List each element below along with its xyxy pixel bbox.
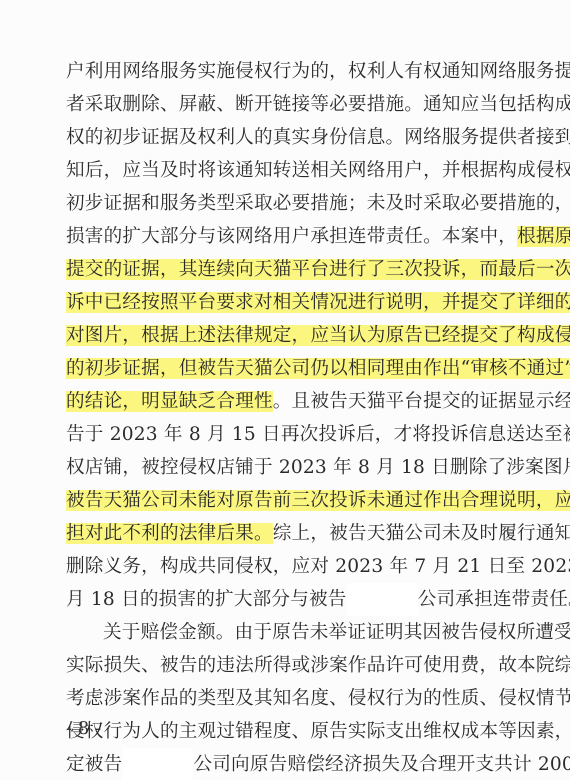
text-segment: 公司承担连带责任。 [418,589,570,610]
highlighted-text: 被告天猫公司未能对原告前三次投诉未通过作出合理说明，应承 [66,490,570,511]
text-line: 者采取删除、屏蔽、断开链接等必要措施。通知应当包括构成侵 [66,88,514,121]
text-line: 实际损失、被告的违法所得或涉案作品许可使用费，故本院综合 [66,649,514,682]
text-line: 提交的证据，其连续向天猫平台进行了三次投诉，而最后一次投 [66,253,514,286]
text-segment: 损害的扩大部分与该网络用户承担连带责任。本案中， [66,226,517,247]
page-number: - 8 - [66,718,101,739]
text-segment: 户利用网络服务实施侵权行为的，权利人有权通知网络服务提供 [66,61,570,82]
text-segment: 知后，应当及时将该通知转送相关网络用户，并根据构成侵权的 [66,160,570,181]
text-segment: 告于 2023 年 8 月 15 日再次投诉后，才将投诉信息送达至被控侵 [66,424,570,445]
document-page: 户利用网络服务实施侵权行为的，权利人有权通知网络服务提供者采取删除、屏蔽、断开链… [0,0,570,780]
text-segment: 侵权行为人的主观过错程度、原告实际支出维权成本等因素，酌 [66,721,570,742]
text-line: 对图片，根据上述法律规定，应当认为原告已经提交了构成侵权 [66,319,514,352]
text-line: 的初步证据，但被告天猫公司仍以相同理由作出“审核不通过” [66,352,514,385]
text-segment: 关于赔偿金额。由于原告未举证证明其因被告侵权所遭受的 [103,622,570,643]
highlighted-text: 担对此不利的法律后果。 [66,523,273,544]
text-line: 被告天猫公司未能对原告前三次投诉未通过作出合理说明，应承 [66,484,514,517]
text-line: 侵权行为人的主观过错程度、原告实际支出维权成本等因素，酌 [66,715,514,748]
text-segment: 权的初步证据及权利人的真实身份信息。网络服务提供者接到通 [66,127,570,148]
text-segment: 初步证据和服务类型采取必要措施；未及时采取必要措施的，对 [66,193,570,214]
redacted-name: □□□□ [347,583,418,616]
text-segment: 删除义务，构成共同侵权，应对 2023 年 7 月 21 日至 2023 年 8 [66,556,570,577]
text-line: 考虑涉案作品的类型及其知名度、侵权行为的性质、侵权情节、 [66,682,514,715]
text-line: 权店铺，被控侵权店铺于 2023 年 8 月 18 日删除了涉案图片。因 [66,451,514,484]
text-line: 初步证据和服务类型采取必要措施；未及时采取必要措施的，对 [66,187,514,220]
text-line: 权的初步证据及权利人的真实身份信息。网络服务提供者接到通 [66,121,514,154]
text-line: 月 18 日的损害的扩大部分与被告□□□□公司承担连带责任。 [66,583,514,616]
text-line: 损害的扩大部分与该网络用户承担连带责任。本案中，根据原告 [66,220,514,253]
highlighted-text: 提交的证据，其连续向天猫平台进行了三次投诉，而最后一次投 [66,259,570,280]
text-segment: 定被告 [66,754,122,775]
text-line: 告于 2023 年 8 月 15 日再次投诉后，才将投诉信息送达至被控侵 [66,418,514,451]
text-line: 定被告□□□□公司向原告赔偿经济损失及合理开支共计 2000 [66,748,514,780]
text-line: 关于赔偿金额。由于原告未举证证明其因被告侵权所遭受的 [66,616,514,649]
highlighted-text: 根据原告 [517,226,570,247]
text-segment: 月 18 日的损害的扩大部分与被告 [66,589,347,610]
text-line: 的结论，明显缺乏合理性。且被告天猫平台提交的证据显示经原 [66,385,514,418]
text-segment: 考虑涉案作品的类型及其知名度、侵权行为的性质、侵权情节、 [66,688,570,709]
text-segment: 公司向原告赔偿经济损失及合理开支共计 2000 [193,754,570,775]
highlighted-text: 诉中已经按照平台要求对相关情况进行说明，并提交了详细的比 [66,292,570,313]
text-line: 诉中已经按照平台要求对相关情况进行说明，并提交了详细的比 [66,286,514,319]
body-text: 户利用网络服务实施侵权行为的，权利人有权通知网络服务提供者采取删除、屏蔽、断开链… [66,55,514,780]
redacted-name: □□□□ [122,748,193,780]
text-segment: 者采取删除、屏蔽、断开链接等必要措施。通知应当包括构成侵 [66,94,570,115]
text-segment: 权店铺，被控侵权店铺于 2023 年 8 月 18 日删除了涉案图片。 [66,457,570,478]
highlighted-text: 的结论，明显缺乏合理性 [66,391,273,412]
text-line: 担对此不利的法律后果。综上，被告天猫公司未及时履行通知、 [66,517,514,550]
text-segment: 综上，被告天猫公司未及时履行通知、 [273,523,570,544]
text-line: 知后，应当及时将该通知转送相关网络用户，并根据构成侵权的 [66,154,514,187]
text-line: 删除义务，构成共同侵权，应对 2023 年 7 月 21 日至 2023 年 8 [66,550,514,583]
highlighted-text: 的初步证据，但被告天猫公司仍以相同理由作出“审核不通过” [66,358,570,379]
text-line: 户利用网络服务实施侵权行为的，权利人有权通知网络服务提供 [66,55,514,88]
text-segment: 。且被告天猫平台提交的证据显示经原 [273,391,570,412]
highlighted-text: 对图片，根据上述法律规定，应当认为原告已经提交了构成侵权 [66,325,570,346]
text-segment: 实际损失、被告的违法所得或涉案作品许可使用费，故本院综合 [66,655,570,676]
